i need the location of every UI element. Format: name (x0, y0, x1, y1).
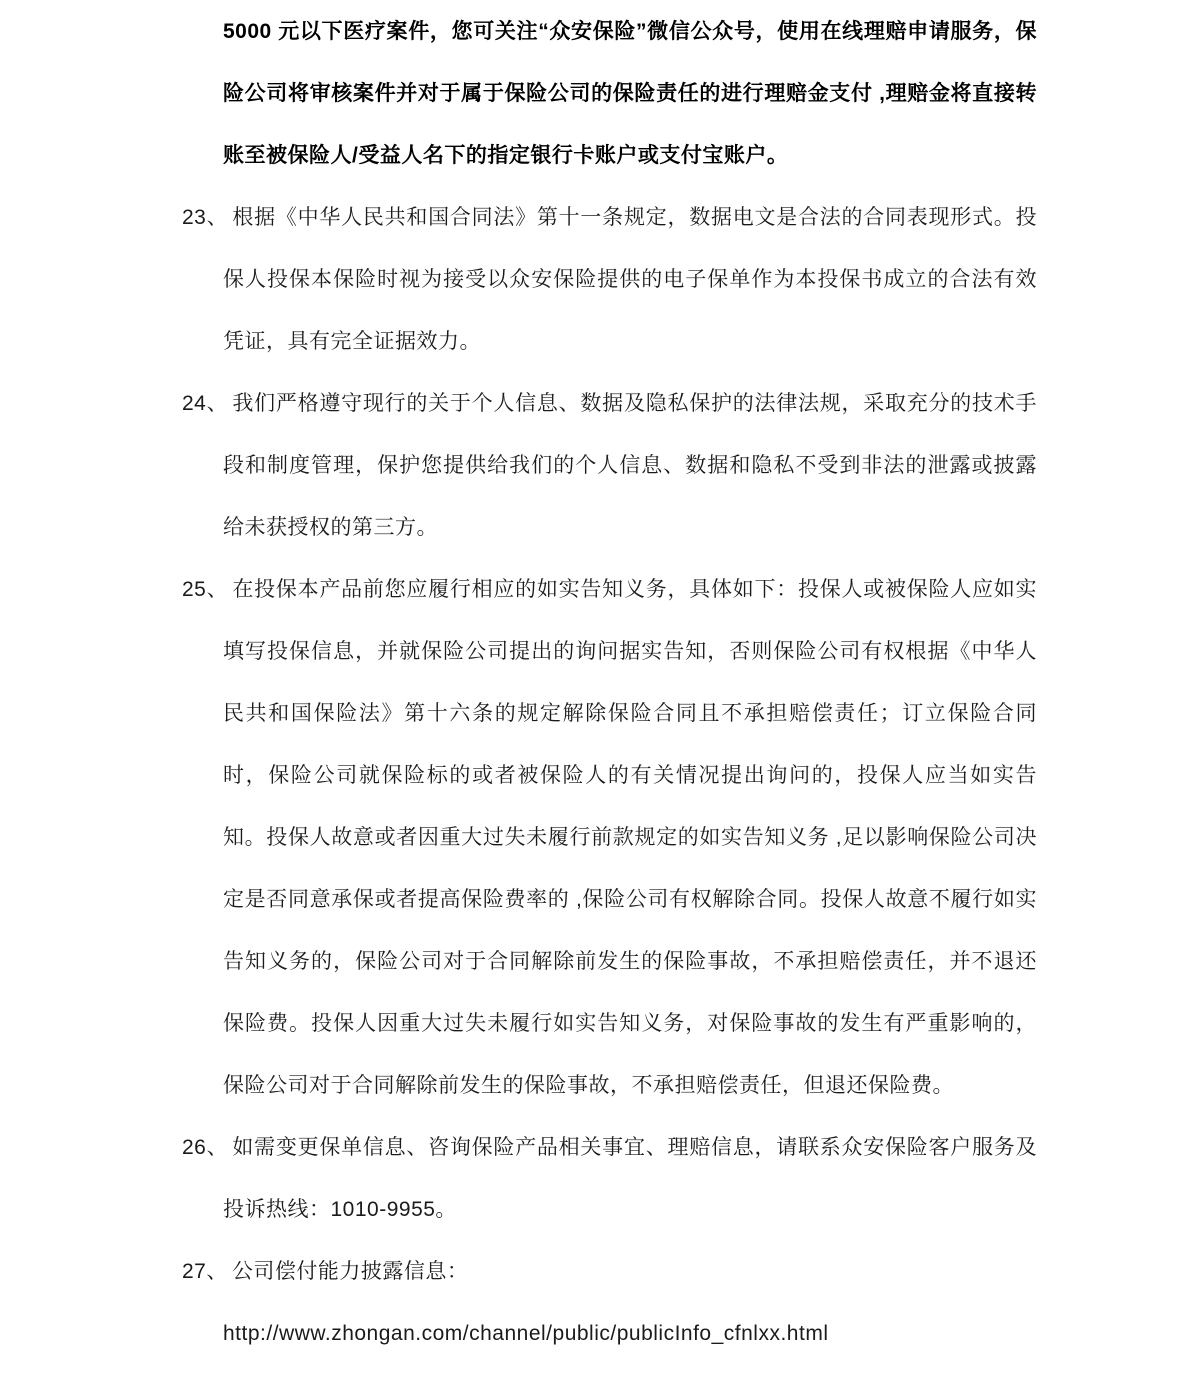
item-text-26: 如需变更保单信息、咨询保险产品相关事宜、理赔信息，请联系众安保险客户服务及投诉热… (223, 1136, 1037, 1221)
list-item-23: 23、根据《中华人民共和国合同法》第十一条规定，数据电文是合法的合同表现形式。投… (182, 187, 1037, 373)
item-text-27: 公司偿付能力披露信息： (232, 1260, 469, 1283)
item-number-25: 25、 (182, 578, 228, 601)
item-number-23: 23、 (182, 206, 228, 229)
list-item-27: 27、公司偿付能力披露信息： (182, 1241, 1037, 1303)
list-item-26: 26、如需变更保单信息、咨询保险产品相关事宜、理赔信息，请联系众安保险客户服务及… (182, 1117, 1037, 1241)
item-text-23: 根据《中华人民共和国合同法》第十一条规定，数据电文是合法的合同表现形式。投保人投… (223, 206, 1037, 353)
item-number-26: 26、 (182, 1136, 228, 1159)
intro-paragraph-bold: 5000 元以下医疗案件，您可关注“众安保险”微信公众号，使用在线理赔申请服务，… (182, 1, 1037, 187)
list-item-24: 24、我们严格遵守现行的关于个人信息、数据及隐私保护的法律法规，采取充分的技术手… (182, 373, 1037, 559)
list-item-25: 25、在投保本产品前您应履行相应的如实告知义务，具体如下：投保人或被保险人应如实… (182, 559, 1037, 1117)
item-number-27: 27、 (182, 1260, 228, 1283)
disclosure-url: http://www.zhongan.com/channel/public/pu… (182, 1303, 1037, 1365)
item-text-25: 在投保本产品前您应履行相应的如实告知义务，具体如下：投保人或被保险人应如实填写投… (223, 578, 1037, 1097)
item-number-24: 24、 (182, 392, 228, 415)
document-page: 5000 元以下医疗案件，您可关注“众安保险”微信公众号，使用在线理赔申请服务，… (0, 0, 1190, 1365)
item-text-24: 我们严格遵守现行的关于个人信息、数据及隐私保护的法律法规，采取充分的技术手段和制… (223, 392, 1037, 539)
